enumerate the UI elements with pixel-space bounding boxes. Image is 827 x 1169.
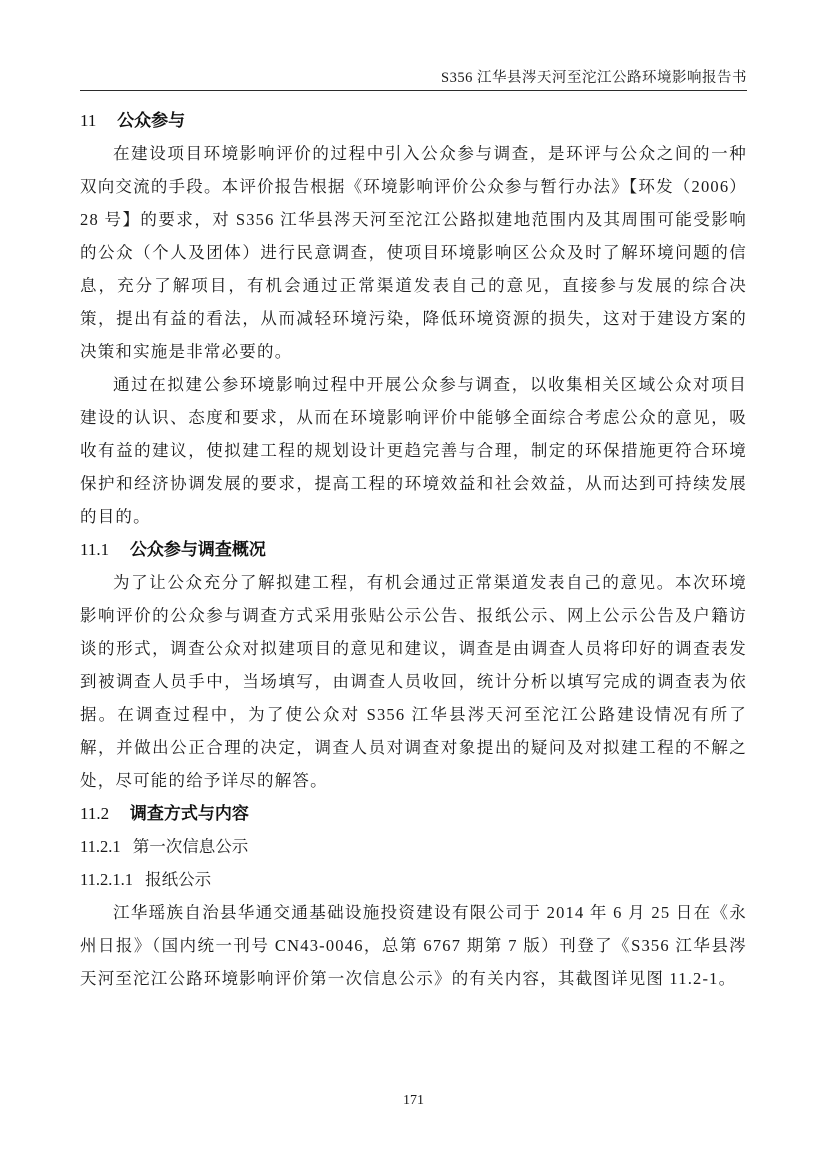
paragraph-1: 在建设项目环境影响评价的过程中引入公众参与调查，是环评与公众之间的一种双向交流的… [80, 137, 747, 368]
section-number: 11.2.1.1 [80, 870, 133, 889]
page-header: S356 江华县涔天河至沱江公路环境影响报告书 [80, 66, 747, 87]
section-heading-11: 11 公众参与 [80, 104, 747, 137]
header-rule [80, 90, 747, 91]
section-number: 11.2.1 [80, 837, 121, 856]
section-title: 公众参与 [117, 111, 185, 130]
section-number: 11.2 [80, 804, 109, 823]
paragraph-3: 为了让公众充分了解拟建工程，有机会通过正常渠道发表自己的意见。本次环境影响评价的… [80, 566, 747, 797]
section-title: 公众参与调查概况 [130, 540, 266, 559]
page-footer: 171 [0, 1093, 827, 1109]
document-page: S356 江华县涔天河至沱江公路环境影响报告书 11 公众参与 在建设项目环境影… [0, 0, 827, 1169]
section-heading-11-2-1: 11.2.1 第一次信息公示 [80, 830, 747, 863]
page-number: 171 [403, 1093, 424, 1108]
section-heading-11-1: 11.1 公众参与调查概况 [80, 533, 747, 566]
paragraph-4: 江华瑶族自治县华通交通基础设施投资建设有限公司于 2014 年 6 月 25 日… [80, 896, 747, 995]
section-number: 11.1 [80, 540, 109, 559]
header-title: S356 江华县涔天河至沱江公路环境影响报告书 [441, 70, 747, 86]
section-title: 报纸公示 [145, 870, 211, 889]
paragraph-2: 通过在拟建公参环境影响过程中开展公众参与调查，以收集相关区域公众对项目建设的认识… [80, 368, 747, 533]
section-title: 调查方式与内容 [130, 804, 249, 823]
section-heading-11-2-1-1: 11.2.1.1 报纸公示 [80, 863, 747, 896]
document-content: 11 公众参与 在建设项目环境影响评价的过程中引入公众参与调查，是环评与公众之间… [80, 104, 747, 995]
section-number: 11 [80, 111, 96, 130]
section-title: 第一次信息公示 [133, 837, 249, 856]
section-heading-11-2: 11.2 调查方式与内容 [80, 797, 747, 830]
